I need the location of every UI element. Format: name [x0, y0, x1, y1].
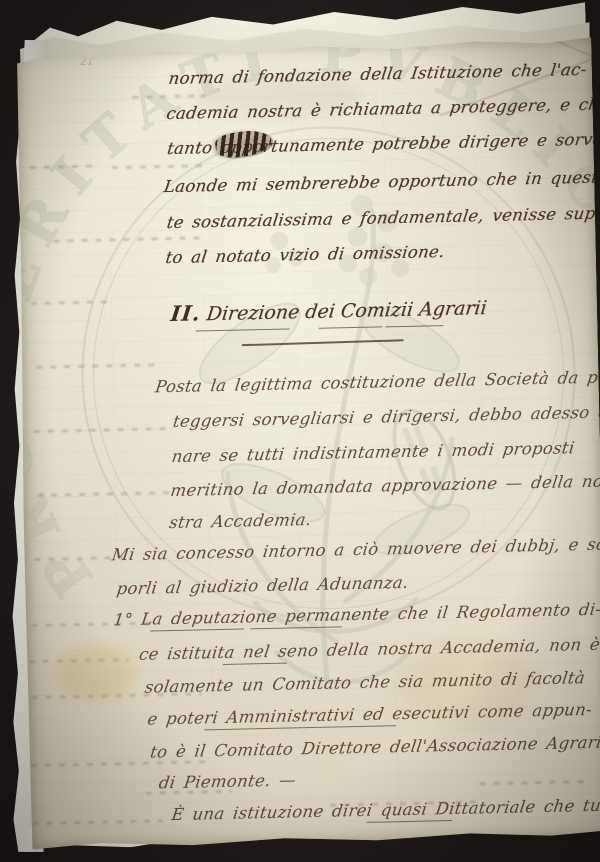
- manuscript-line: stra Accademia.: [168, 510, 313, 533]
- section-numeral: II.: [169, 300, 202, 326]
- manuscript-line: di Piemonte. —: [158, 770, 298, 793]
- manuscript-page: PROSPERITATI PVBLICÆ AVGE 21 norma di fo…: [13, 36, 600, 850]
- photo-background: { "colors": { "background": "#241f1c", "…: [0, 0, 600, 862]
